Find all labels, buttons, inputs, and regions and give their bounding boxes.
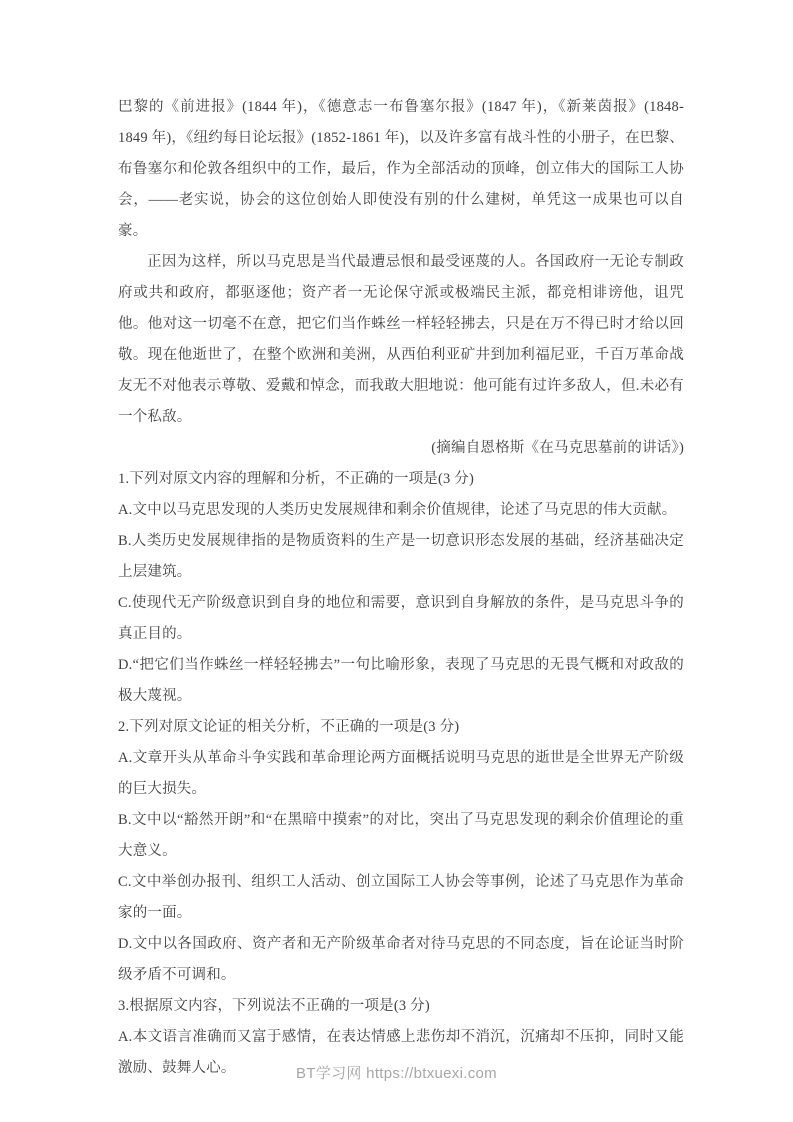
exam-text-body: 巴黎的《前进报》(1844 年)，《德意志一布鲁塞尔报》(1847 年)，《新莱… bbox=[118, 92, 684, 1084]
passage-attribution: (摘编自恩格斯《在马克思墓前的讲话》) bbox=[118, 433, 684, 464]
document-page: 巴黎的《前进报》(1844 年)，《德意志一布鲁塞尔报》(1847 年)，《新莱… bbox=[0, 0, 793, 1122]
question-1-option-c: C.使现代无产阶级意识到自身的地位和需要，意识到自身解放的条件，是马克思斗争的真… bbox=[118, 588, 684, 650]
question-2-option-a: A.文章开头从革命斗争实践和革命理论两方面概括说明马克思的逝世是全世界无产阶级的… bbox=[118, 743, 684, 805]
question-3-stem: 3.根据原文内容，下列说法不正确的一项是(3 分) bbox=[118, 991, 684, 1022]
question-2-option-c: C.文中举创办报刊、组织工人活动、创立国际工人协会等事例，论述了马克思作为革命家… bbox=[118, 867, 684, 929]
question-1-option-a: A.文中以马克思发现的人类历史发展规律和剩余价值规律，论述了马克思的伟大贡献。 bbox=[118, 495, 684, 526]
question-2-stem: 2.下列对原文论证的相关分析，不正确的一项是(3 分) bbox=[118, 712, 684, 743]
question-2-option-b: B.文中以“豁然开朗”和“在黑暗中摸索”的对比，突出了马克思发现的剩余价值理论的… bbox=[118, 805, 684, 867]
watermark-footer: BT学习网 https://btxuexi.com bbox=[0, 1062, 793, 1086]
question-1-option-b: B.人类历史发展规律指的是物质资料的生产是一切意识形态发展的基础，经济基础决定上… bbox=[118, 526, 684, 588]
question-1-stem: 1.下列对原文内容的理解和分析，不正确的一项是(3 分) bbox=[118, 464, 684, 495]
question-1-option-d: D.“把它们当作蛛丝一样轻轻拂去”一句比喻形象，表现了马克思的无畏气概和对政敌的… bbox=[118, 650, 684, 712]
question-2-option-d: D.文中以各国政府、资产者和无产阶级革命者对待马克思的不同态度，旨在论证当时阶级… bbox=[118, 929, 684, 991]
watermark-text: BT学习网 https://btxuexi.com bbox=[296, 1065, 497, 1082]
passage-paragraph-2: 正因为这样，所以马克思是当代最遭忌恨和最受诬蔑的人。各国政府一无论专制政府或共和… bbox=[118, 247, 684, 433]
passage-paragraph-1: 巴黎的《前进报》(1844 年)，《德意志一布鲁塞尔报》(1847 年)，《新莱… bbox=[118, 92, 684, 247]
